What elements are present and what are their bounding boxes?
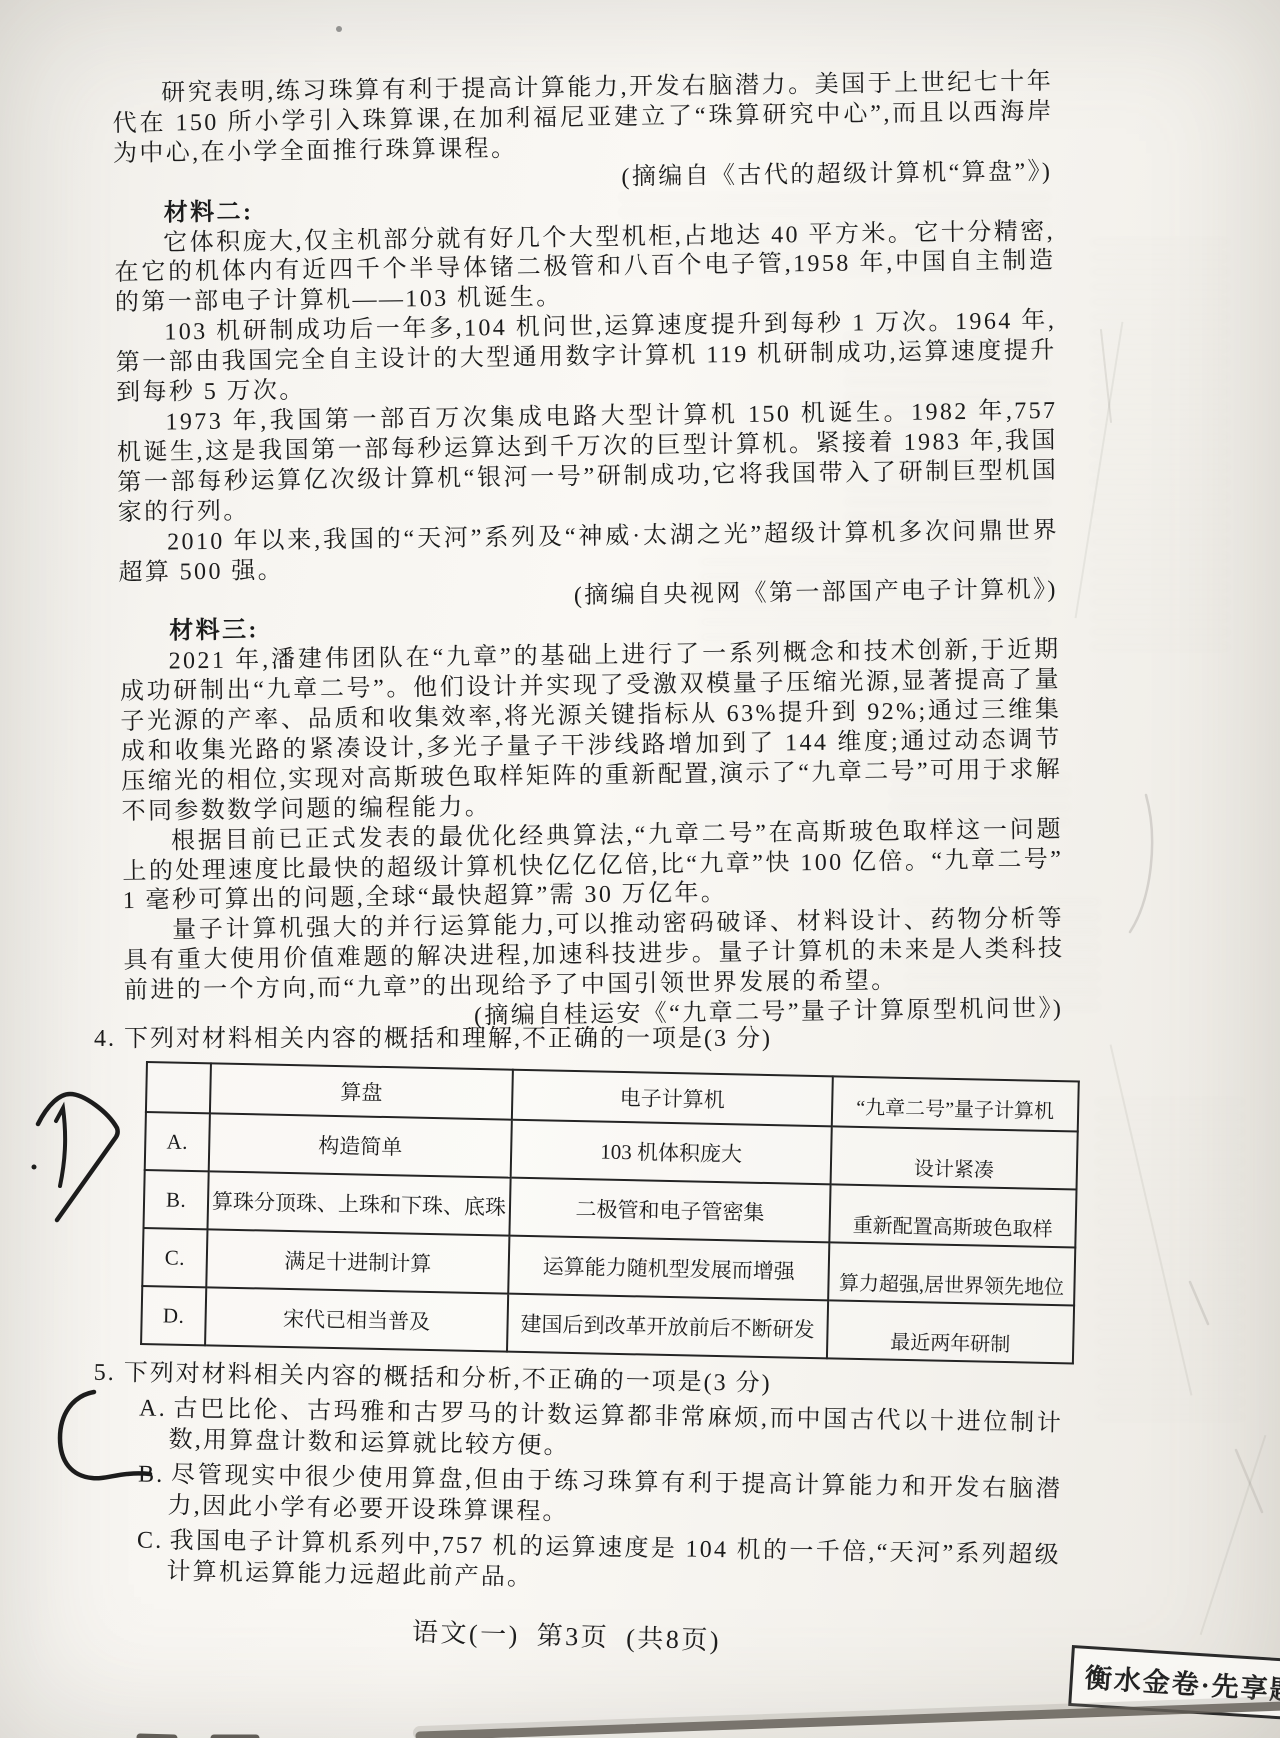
cell-computer: 103 机体积庞大: [511, 1120, 832, 1185]
cell-quantum: 算力超强,居世界领先地位: [828, 1242, 1075, 1305]
material-three-paragraph-2: 根据目前已正式发表的最优化经典算法,“九章二号”在高斯玻色取样这一问题上的处理速…: [122, 815, 1064, 917]
option-letter: C.: [142, 1228, 207, 1287]
cell-abacus: 算珠分顶珠、上珠和下珠、底珠: [207, 1171, 510, 1235]
option-label: A.: [139, 1395, 173, 1422]
question-5: 5. 下列对材料相关内容的概括和分析,不正确的一项是(3 分) A.古巴比伦、古…: [108, 1358, 1064, 1607]
cell-computer: 建国后到改革开放前后不断研发: [507, 1294, 828, 1359]
cell-quantum: 重新配置高斯玻色取样: [829, 1184, 1076, 1247]
material-two-paragraph-1: 它体积庞大,仅主机部分就有好几个大型机柜,占地达 40 平方米。它十分精密,在它…: [114, 217, 1056, 319]
paper-crease: [1075, 322, 1124, 619]
option-text: 我国电子计算机系列中,757 机的运算速度是 104 机的一千倍,“天河”系列超…: [166, 1528, 1061, 1591]
material-one-closing-paragraph: 研究表明,练习珠算有利于提高计算能力,开发右脑潜力。美国于上世纪七十年代在 15…: [112, 68, 1054, 170]
reading-materials: 研究表明,练习珠算有利于提高计算能力,开发右脑潜力。美国于上世纪七十年代在 15…: [112, 68, 1065, 1037]
question-5-option-c: C.我国电子计算机系列中,757 机的运算速度是 104 机的一千倍,“天河”系…: [122, 1525, 1061, 1602]
publisher-stamp: 衡水金卷·先享题: [1068, 1645, 1280, 1721]
option-letter: D.: [141, 1286, 206, 1345]
cell-computer: 二极管和电子管密集: [509, 1178, 830, 1243]
material-three-paragraph-3: 量子计算机强大的并行运算能力,可以推动密码破译、材料设计、药物分析等具有重大使用…: [123, 905, 1065, 1007]
option-label: B.: [138, 1461, 171, 1488]
question4-margin-mark: [32, 1094, 118, 1220]
question-4-table: 算盘 电子计算机 “九章二号”量子计算机 A. 构造简单 103 机体积庞大 设…: [140, 1061, 1080, 1364]
option-text: 古巴比伦、古玛雅和古罗马的计数运算都非常麻烦,而中国古代以十进位制计数,用算盘计…: [168, 1396, 1063, 1459]
cell-abacus: 宋代已相当普及: [205, 1287, 508, 1351]
pencil-scribbles: [1101, 330, 1262, 1512]
material-two-paragraph-2: 103 机研制成功后一年多,104 机问世,运算速度提升到每秒 1 万次。196…: [115, 307, 1057, 409]
table-header-blank: [146, 1062, 211, 1113]
ink-dot: [336, 26, 342, 32]
paper-crease: [1110, 1044, 1193, 1395]
table-header-computer: 电子计算机: [512, 1070, 833, 1127]
question-4: 4. 下列对材料相关内容的概括和理解,不正确的一项是(3 分) 算盘 电子计算机…: [112, 1024, 1072, 1345]
option-text: 尽管现实中很少使用算盘,但由于练习珠算有利于提高计算能力和开发右脑潜力,因此小学…: [167, 1462, 1062, 1525]
option-label: C.: [137, 1527, 170, 1554]
cell-quantum: 最近两年研制: [827, 1300, 1074, 1363]
cell-quantum: 设计紧凑: [831, 1126, 1078, 1189]
scanned-exam-page: { "page": { "footer_text": "语文(一) 第3页 (共…: [0, 0, 1280, 1738]
cell-computer: 运算能力随机型发展而增强: [508, 1236, 829, 1301]
question-5-option-b: B.尽管现实中很少使用算盘,但由于练习珠算有利于提高计算能力和开发右脑潜力,因此…: [123, 1459, 1062, 1536]
option-letter: B.: [144, 1170, 209, 1229]
bleed-through-smudge: [1090, 240, 1230, 660]
option-letter: A.: [145, 1112, 210, 1171]
cell-abacus: 构造简单: [209, 1113, 512, 1177]
question-5-option-a: A.古巴比伦、古玛雅和古罗马的计数运算都非常麻烦,而中国古代以十进位制计数,用算…: [124, 1393, 1063, 1470]
table-header-abacus: 算盘: [210, 1063, 513, 1119]
material-two-paragraph-3: 1973 年,我国第一部百万次集成电路大型计算机 150 机诞生。1982 年,…: [116, 397, 1058, 529]
bleed-through-smudge: [1095, 1100, 1245, 1420]
cell-abacus: 满足十进制计算: [206, 1229, 509, 1293]
paper-crease: [1200, 1435, 1267, 1635]
material-three-paragraph-1: 2021 年,潘建伟团队在“九章”的基础上进行了一系列概念和技术创新,于近期成功…: [119, 636, 1062, 828]
question-4-stem: 4. 下列对材料相关内容的概括和理解,不正确的一项是(3 分): [94, 1024, 1072, 1055]
page-number: 语文(一) 第3页 (共8页): [412, 1612, 722, 1658]
table-header-quantum: “九章二号”量子计算机: [832, 1076, 1079, 1131]
